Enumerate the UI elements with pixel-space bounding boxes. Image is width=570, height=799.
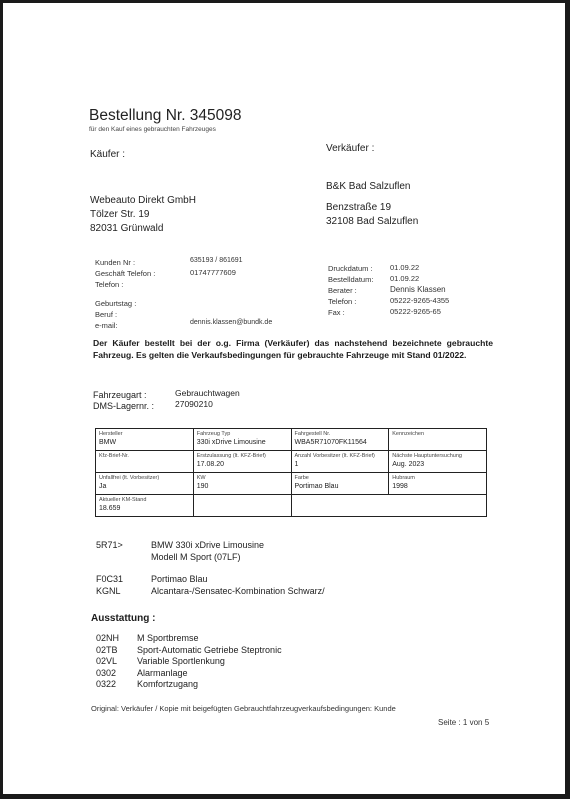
- profession-label: Beruf :: [95, 310, 117, 319]
- phone-label: Telefon :: [95, 280, 123, 289]
- table-row: Unfallfrei (lt. Vorbesitzer)Ja KW190 Far…: [96, 473, 487, 495]
- model-code: 5R71>: [96, 540, 151, 552]
- buyer-name: Webeauto Direkt GmbH: [90, 194, 196, 208]
- print-date-value: 01.09.22: [390, 263, 419, 272]
- vehicle-type-label: Fahrzeugart :: [93, 390, 147, 401]
- cell-vin: Fahrgestell Nr.WBA5R71070FK11564: [291, 429, 389, 451]
- order-date-label: Bestelldatum:: [328, 275, 373, 284]
- cell-mileage: Aktueller KM-Stand18.659: [96, 495, 194, 517]
- cell-previous-owners: Anzahl Vorbesitzer (lt. KFZ-Brief)1: [291, 451, 389, 473]
- cell-empty: [193, 495, 291, 517]
- list-item: 02NHM Sportbremse: [96, 633, 282, 645]
- customer-no-label: Kunden Nr :: [95, 258, 135, 267]
- seller-city: 32108 Bad Salzuflen: [326, 215, 418, 229]
- list-item: KGNLAlcantara-/Sensatec-Kombination Schw…: [96, 586, 325, 598]
- order-subtitle: für den Kauf eines gebrauchten Fahrzeuge…: [89, 126, 216, 133]
- fax-label: Fax :: [328, 308, 345, 317]
- order-title: Bestellung Nr. 345098: [89, 107, 242, 125]
- birthday-label: Geburtstag :: [95, 299, 136, 308]
- print-date-label: Druckdatum :: [328, 264, 373, 273]
- seller-phone-label: Telefon :: [328, 297, 356, 306]
- table-row: Kfz-Brief-Nr. Erstzulassung (lt. KFZ-Bri…: [96, 451, 487, 473]
- equipment-list: 02NHM Sportbremse 02TBSport-Automatic Ge…: [96, 633, 282, 691]
- cell-displacement: Hubraum1998: [389, 473, 487, 495]
- cell-license-plate: Kennzeichen: [389, 429, 487, 451]
- business-phone-value: 01747777609: [190, 268, 236, 277]
- color-block: F0C31Portimao Blau KGNLAlcantara-/Sensat…: [96, 574, 325, 597]
- buyer-label: Käufer :: [90, 149, 125, 160]
- distribution-note: Original: Verkäufer / Kopie mit beigefüg…: [91, 704, 396, 713]
- seller-street: Benzstraße 19: [326, 201, 418, 215]
- fax-value: 05222-9265-65: [390, 307, 441, 316]
- cell-color: FarbePortimao Blau: [291, 473, 389, 495]
- email-label: e-mail:: [95, 321, 118, 330]
- cell-power-kw: KW190: [193, 473, 291, 495]
- cell-next-inspection: Nächste HauptuntersuchungAug. 2023: [389, 451, 487, 473]
- list-item: 0322Komfortzugang: [96, 679, 282, 691]
- email-value: dennis.klassen@bundk.de: [190, 319, 272, 326]
- dms-stock-label: DMS-Lagernr. :: [93, 401, 154, 412]
- seller-label: Verkäufer :: [326, 143, 374, 154]
- business-phone-label: Geschäft Telefon :: [95, 269, 155, 278]
- list-item: 0302Alarmanlage: [96, 668, 282, 680]
- order-statement: Der Käufer bestellt bei der o.g. Firma (…: [93, 338, 493, 361]
- cell-accident-free: Unfallfrei (lt. Vorbesitzer)Ja: [96, 473, 194, 495]
- advisor-value: Dennis Klassen: [390, 285, 446, 294]
- cell-first-registration: Erstzulassung (lt. KFZ-Brief)17.08.20: [193, 451, 291, 473]
- cell-registration-doc-no: Kfz-Brief-Nr.: [96, 451, 194, 473]
- buyer-address: Webeauto Direkt GmbH Tölzer Str. 19 8203…: [90, 194, 196, 236]
- seller-name: B&K Bad Salzuflen: [326, 180, 411, 194]
- order-date-value: 01.09.22: [390, 274, 419, 283]
- cell-empty-wide: [291, 495, 487, 517]
- model-line-1: BMW 330i xDrive Limousine: [151, 540, 264, 550]
- vehicle-details-table: HerstellerBMW Fahrzeug Typ330i xDrive Li…: [95, 428, 487, 517]
- seller-phone-value: 05222-9265-4355: [390, 296, 449, 305]
- table-row: Aktueller KM-Stand18.659: [96, 495, 487, 517]
- advisor-label: Berater :: [328, 286, 357, 295]
- buyer-street: Tölzer Str. 19: [90, 208, 196, 222]
- page-number: Seite : 1 von 5: [438, 718, 489, 727]
- list-item: 02VLVariable Sportlenkung: [96, 656, 282, 668]
- customer-no-value: 635193 / 861691: [190, 257, 243, 264]
- cell-manufacturer: HerstellerBMW: [96, 429, 194, 451]
- equipment-title: Ausstattung :: [91, 613, 155, 624]
- seller-address: Benzstraße 19 32108 Bad Salzuflen: [326, 201, 418, 229]
- dms-stock-value: 27090210: [175, 399, 213, 410]
- model-line-2: Modell M Sport (07LF): [151, 552, 241, 562]
- document-page: Bestellung Nr. 345098 für den Kauf eines…: [3, 3, 565, 794]
- buyer-city: 82031 Grünwald: [90, 222, 196, 236]
- list-item: F0C31Portimao Blau: [96, 574, 325, 586]
- list-item: 02TBSport-Automatic Getriebe Steptronic: [96, 645, 282, 657]
- vehicle-type-value: Gebrauchtwagen: [175, 388, 240, 399]
- cell-vehicle-type: Fahrzeug Typ330i xDrive Limousine: [193, 429, 291, 451]
- table-row: HerstellerBMW Fahrzeug Typ330i xDrive Li…: [96, 429, 487, 451]
- model-block: 5R71>BMW 330i xDrive Limousine Modell M …: [96, 540, 264, 563]
